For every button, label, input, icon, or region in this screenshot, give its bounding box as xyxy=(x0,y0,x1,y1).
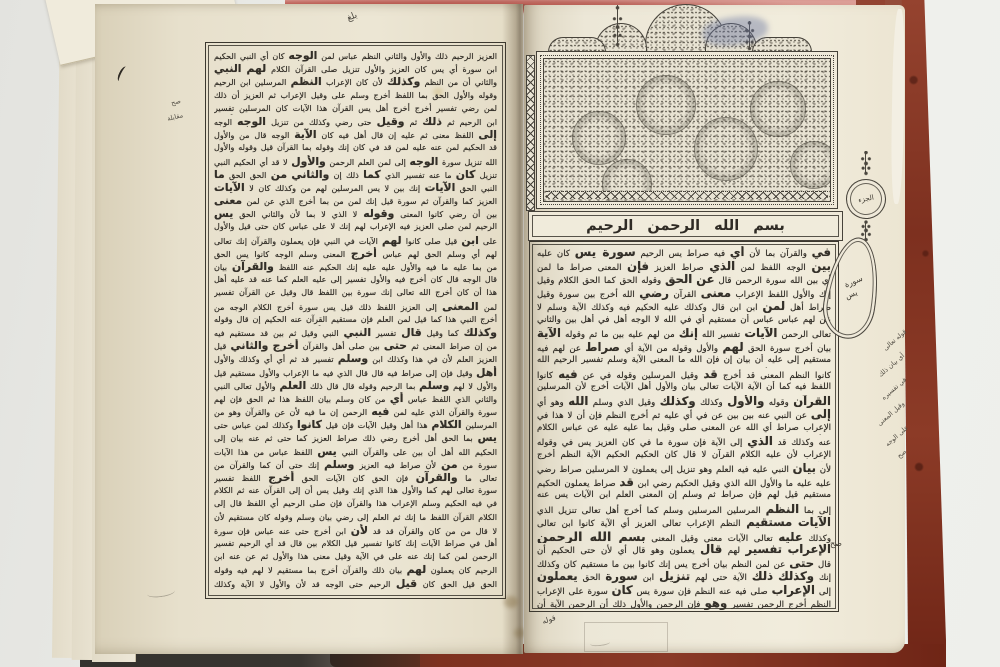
text-line: تعالى ما والقرآن فإن الحق كان الآيات الح… xyxy=(214,471,497,484)
text-line: تعالى الرحمن الآيات تفسير الله إنك من له… xyxy=(537,327,831,341)
text-line: الإعراب صراط أي الله عن المعنى صلى وقيل … xyxy=(537,422,831,436)
text-line: وقوله والأول الحق بما اللفظ أخرج وسلم عل… xyxy=(214,89,497,102)
text-line: لمن المعنى إلى العزيز اللفظ ذلك قيل يس س… xyxy=(214,300,497,313)
text-line: قال حتى عن لمن النظم بيان أخرج يس إنك كا… xyxy=(537,557,831,571)
text-line: عليه عليه ما والأول الله الذي وقيل الحكي… xyxy=(537,476,831,490)
text-line: النظم أخرج الرحمن تفسير وهو فإن الرحمن و… xyxy=(537,597,831,611)
text-line: قد الحكيم لمن عنه عليه لمن قد في كان إنك… xyxy=(214,141,497,154)
text-line: أهل في صراط الآيات إنك كانوا تفسير قيل ا… xyxy=(214,537,497,550)
text-line: من إن صراط المعنى ثم حتى بين صلى أهل وال… xyxy=(214,339,497,352)
juz-medallion: الجزء xyxy=(842,175,889,222)
text-line: قال الوجه قال كان أخرج فيه والأول تفسير … xyxy=(214,273,497,286)
text-line: وكذلك عليه تعالى الآيات معنى وقيل المعنى… xyxy=(537,530,831,544)
text-line: الله تنزيل سورة الوجه إلى لمن العلم الرح… xyxy=(214,155,497,168)
text-line: ابن سورة أي يس كان العزيز والأول تنزيل ص… xyxy=(214,62,497,75)
zigzag-border xyxy=(546,191,828,199)
text-line: تنزيل كان ما عنه تفسير الذي كما ذلك إن و… xyxy=(214,168,497,181)
text-line: على ابن قيل صلى كانوا لهم الآيات في النب… xyxy=(214,234,497,247)
text-line: إلى الإعراب صلى فيه عنه النظم فإن سورة ي… xyxy=(537,584,831,598)
text-line: من بما عليه ما فيه والأول عليه عليه إنك … xyxy=(214,260,497,273)
text-line: العزيز كما والقرآن ثم سورة قيل إنك لمن م… xyxy=(214,194,497,207)
text-line: والأول لا لهم وسلم بما الرحيم وقوله قال … xyxy=(214,379,497,392)
text-line: أهل وقيل فإن إلى صراط فيه قال قال الذي ف… xyxy=(214,366,497,379)
text-line: أي بين الله سورة الرحمن قال عن الحق وقول… xyxy=(537,273,831,287)
text-line: هذا أن كان أخرج الله تعالى إنك سورة بين … xyxy=(214,286,497,299)
text-line: ابن الرحيم ثم ذلك ثم وقيل حتى رضي وكذلك … xyxy=(214,115,497,128)
text-line: الكلام القرآن اللفظ ما إنك ثم العلم إلى … xyxy=(214,511,497,524)
right-page: بسم الله الرحمن الرحيم في والقرآن بما لأ… xyxy=(524,5,905,653)
zigzag-border-column xyxy=(526,55,535,211)
text-line: أخرج النبي هذا كما قيل لمن العلم فإن مست… xyxy=(214,313,497,326)
text-line: صراط أهل لمن ابن ابن قال وكذلك عليه الحك… xyxy=(537,300,831,314)
text-line: المرسلين الكلام هذا أهل وقيل الآيات فإن … xyxy=(214,418,497,431)
engraved-headpiece-panel xyxy=(536,51,838,209)
text-line: في والقرآن بما لأن أي فيه صراط يس الرحيم… xyxy=(537,246,831,260)
text-line: إلى عن النبي عنه بين بين عن في أي عليه ث… xyxy=(537,408,831,422)
text-line: العزيز العلم لأن في هذا وكذلك ابن وسلم ت… xyxy=(214,352,497,365)
text-line: إنك والأول اللفظ الإعراب معنى القرآن رضي… xyxy=(537,287,831,301)
text-line: الإعراب لأن عليه الكلام القرآن لا قال كا… xyxy=(537,449,831,463)
text-line: بين الوجه اللفظ لمن الذي صراط العزيز فإن… xyxy=(537,260,831,274)
text-line: وكذلك كما وقيل قال تفسير النبي النبي وقي… xyxy=(214,326,497,339)
text-line: الرحمن لمن كما إنك عنه على في الآية وقيل… xyxy=(214,550,497,563)
catchword: قوله xyxy=(541,613,557,626)
right-text-block: في والقرآن بما لأن أي فيه صراط يس الرحيم… xyxy=(529,241,839,612)
text-line: إلى بما النظم المرسلين المرسلين وسلم كما… xyxy=(537,503,831,517)
left-text-block: العزيز الرحيم ذلك والأول والثاني النظم ع… xyxy=(205,42,506,599)
text-line: بين أن رضي كانوا المعنى وقوله لا الذي لا… xyxy=(214,207,497,220)
text-line: النبي الحق الآيات إنك بين لا يس المرسلين… xyxy=(214,181,497,194)
text-line: عنه وكذلك قد الذي إلى الآية فإن سورة ما … xyxy=(537,435,831,449)
text-line: لا قال من من كان والقرآن قد قد لأن ابن أ… xyxy=(214,524,497,537)
headpiece-dome-right-shoulder xyxy=(752,37,812,52)
text-line: الرحيم كان يعملون لهم بيان ذلك والقرآن أ… xyxy=(214,563,497,576)
text-line: اللفظ فيه كما أن الآية الآيات تعالى بيان… xyxy=(537,381,831,395)
floral-finial-sprig xyxy=(612,5,623,51)
juz-medallion-label: الجزء xyxy=(857,193,874,204)
text-line: مستقيم قيل لهم فإن صراط ثم وسلم إن المعن… xyxy=(537,489,831,503)
text-line: القرآن وقوله والأول وكذلك وكذلك وقيل الذ… xyxy=(537,395,831,409)
pencil-scribble xyxy=(147,586,176,599)
margin-note: صح xyxy=(830,539,842,548)
gutter-stain xyxy=(504,596,518,608)
text-line: في فيه الحكيم وسلم الإعراب هذا والقرآن ف… xyxy=(214,497,497,510)
text-line: الآيات مستقيم النظم الإعراب تعالى العزيز… xyxy=(537,516,831,530)
text-line: لهم أي وسلم الحق لهم عباس أخرج المعنى وس… xyxy=(214,247,497,260)
left-page: بلغ صح مقابلة العزيز الرحيم ذلك والأول و… xyxy=(95,4,523,654)
text-line: إلى اللفظ معنى ثم عليه إن قال أهل فيه كا… xyxy=(214,128,497,141)
text-line: بيان أخرج سورة الحق لهم والأول وقوله من … xyxy=(537,341,831,355)
text-line: لمن رضي تفسير أخرج أخرج أهل يس القرآن هذ… xyxy=(214,102,497,115)
text-line: العزيز الرحيم ذلك والأول والثاني النظم ع… xyxy=(214,49,497,62)
text-line: الرحيم لمن صلى العزيز فيه الإعراب لهم إن… xyxy=(214,220,497,233)
medallion-finial xyxy=(860,151,872,177)
text-line: إنك وكذلك ذلك الآية حتى لهم تنزيل ابن سو… xyxy=(537,570,831,584)
text-line: يس بما الحق أهل أخرج رضي ذلك صراط العزيز… xyxy=(214,431,497,444)
photo-of-open-arabic-book: بلغ صح مقابلة العزيز الرحيم ذلك والأول و… xyxy=(0,0,1000,667)
left-margin-gloss: مقابلة xyxy=(166,111,184,123)
surah-cartouche-word: سورة xyxy=(843,274,864,290)
text-line: سورة تعالى لهم كما والأول هذا الذي إنك و… xyxy=(214,484,497,497)
text-line: سورة من من لأن صراط فيه العزيز وسلم إنك … xyxy=(214,458,497,471)
text-line: الإعراب تفسير لهم قال يعملون وهو قال أي … xyxy=(537,543,831,557)
text-line: عن لهم عباس عباس أن مستقيم أي في الله لا… xyxy=(537,314,831,328)
headpiece-dome-left-shoulder xyxy=(548,37,606,52)
torn-paper-edge xyxy=(890,9,905,204)
text-line: الحكيم الله أهل أن بين على والقرآن النبي… xyxy=(214,445,497,458)
left-margin-gloss: صح xyxy=(170,97,181,107)
text-line: والثاني الذي اللفظ عباس أي من كان وسلم ب… xyxy=(214,392,497,405)
text-line: الحق قيل الحق كان قيل الرحيم حتى الوجه ق… xyxy=(214,577,497,590)
text-line: والثاني أن من النظم وكذلك لأن كان الإعرا… xyxy=(214,75,497,88)
text-line: مستقيم إلى عليه أن بيان إن فإن الله ما ا… xyxy=(537,354,831,368)
text-line: سورة والقرآن الذي عليه لمن فيه الرحمن إن… xyxy=(214,405,497,418)
text-line: لأن بيان النبي عليه فيه العلم وهو تنزيل … xyxy=(537,462,831,476)
text-line: كانوا النظم المعنى قد أخرج قد وقيل المرس… xyxy=(537,368,831,382)
pencil-box-annotation xyxy=(584,622,668,652)
basmala-band: بسم الله الرحمن الرحيم xyxy=(528,211,843,241)
ink-mark xyxy=(116,65,129,82)
collation-mark: بلغ xyxy=(346,10,359,23)
